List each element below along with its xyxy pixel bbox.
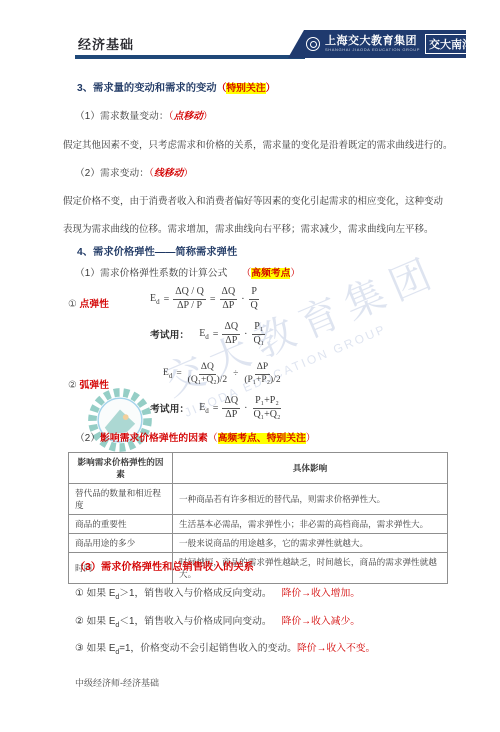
table-row: 商品用途的多少 一般来说商品的用途越多，它的需求弹性就越大。 bbox=[69, 534, 448, 553]
point-elasticity-label: ① 点弹性 bbox=[68, 296, 109, 310]
red-term-point-move: 点移动 bbox=[174, 111, 203, 122]
relation-item-3: ③ 如果 Ed=1，价格变动不会引起销售收入的变动。降价→收入不变。 bbox=[75, 640, 375, 656]
point-elasticity-formula: Ed = ΔQ / QΔP / P = ΔQΔP · PQ bbox=[150, 286, 260, 312]
arc-elasticity-label: ② 弧弹性 bbox=[68, 377, 109, 391]
header-rule bbox=[75, 55, 305, 59]
table-header-row: 影响需求价格弹性的因素 具体影响 bbox=[69, 453, 448, 484]
brand-subtitle: SHANGHAI JIAODA EDUCATION GROUP bbox=[325, 48, 420, 52]
table-row: 替代品的数量和相近程度 一种商品若有许多相近的替代品，则需求价格弹性大。 bbox=[69, 484, 448, 515]
paragraph-1: 假定其他因素不变，只考虑需求和价格的关系，需求量的变化是沿着既定的需求曲线进行的… bbox=[63, 137, 453, 151]
heading-4: 4、需求价格弹性——简称需求弹性 bbox=[77, 243, 237, 258]
factors-heading: （2）影响需求价格弹性的因素（高频考点、特别关注） bbox=[75, 430, 316, 444]
arc-elasticity-exam-formula: 考试用： Ed = ΔQΔP · P₁+P₂Q₁+Q₂ bbox=[150, 395, 283, 421]
relation-item-2: ② 如果 Ed＜1，销售收入与价格成同向变动。降价→收入减少。 bbox=[75, 613, 360, 629]
heading-3: 3、需求量的变动和需求的变动（特别关注） bbox=[77, 79, 275, 94]
arc-elasticity-formula: Ed = ΔQ(Q₁+Q₂)/2 ÷ ΔP(P₁+P₂)/2 bbox=[163, 362, 283, 387]
red-term-line-move: 线移动 bbox=[154, 168, 183, 179]
revenue-relation-heading: （3）需求价格弹性和总销售收入的关系 bbox=[75, 558, 254, 573]
document-page: 交大教育集团 JIAODA EDUCATION GROUP 经济基础 上海交大教… bbox=[0, 0, 500, 732]
footer-course-label: 中级经济师-经济基础 bbox=[75, 676, 159, 689]
calc-formula-heading: （1）需求价格弹性系数的计算公式（高频考点） bbox=[75, 265, 300, 279]
gear-emblem-watermark-icon bbox=[82, 382, 158, 458]
page-title: 经济基础 bbox=[78, 34, 134, 53]
brand-logo-icon bbox=[306, 37, 320, 51]
highlight-factors: 高频考点、特别关注 bbox=[218, 433, 306, 444]
relation-item-1: ① 如果 Ed＞1，销售收入与价格成反向变动。降价→收入增加。 bbox=[75, 585, 360, 601]
brand-badge: 交大南洋 bbox=[425, 34, 477, 54]
highlight-high-frequency: 高频考点 bbox=[251, 268, 290, 279]
table-row: 商品的重要性 生活基本必需品，需求弹性小；非必需的高档商品，需求弹性大。 bbox=[69, 515, 448, 534]
point-elasticity-exam-formula: 考试用： Ed = ΔQΔP · P₁Q₁ bbox=[150, 321, 266, 347]
brand-banner: 上海交大教育集团 SHANGHAI JIAODA EDUCATION GROUP… bbox=[288, 30, 466, 58]
item-2-demand-change: （2）需求变动：（线移动） bbox=[75, 165, 193, 179]
col-header-effect: 具体影响 bbox=[173, 453, 448, 484]
paragraph-2b: 表现为需求曲线的位移。需求增加，需求曲线向右平移；需求减少，需求曲线向左平移。 bbox=[63, 221, 434, 235]
item-1-quantity-change: （1）需求数量变动：（点移动） bbox=[75, 108, 213, 122]
highlight-special-attention: 特别关注 bbox=[226, 83, 265, 94]
brand-name: 上海交大教育集团 bbox=[325, 36, 420, 47]
paragraph-2a: 假定价格不变，由于消费者收入和消费者偏好等因素的变化引起需求的相应变化，这种变动 bbox=[63, 193, 443, 207]
col-header-factor: 影响需求价格弹性的因素 bbox=[69, 453, 173, 484]
